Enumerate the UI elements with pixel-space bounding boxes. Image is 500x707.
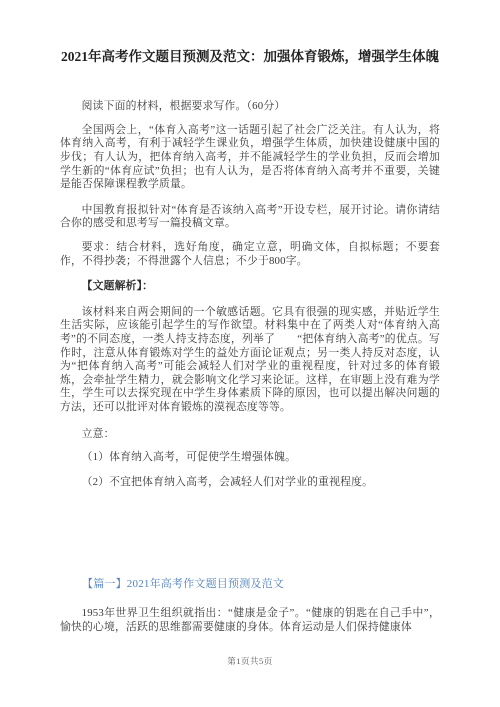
prompt-material-paragraph: 全国两会上，“体育入高考”这一话题引起了社会广泛关注。有人认为，将体育纳入高考，… (60, 124, 440, 192)
prompt-requirements-paragraph: 要求：结合材料，选好角度，确定立意，明确文体，自拟标题；不要套作，不得抄袭；不得… (60, 241, 440, 268)
document-page: 2021年高考作文题目预测及范文：加强体育锻炼，增强学生体魄 阅读下面的材料，根… (0, 0, 500, 707)
prompt-intro-paragraph: 阅读下面的材料，根据要求写作。（60分） (60, 100, 440, 114)
stance-item-1: （1）体育纳入高考，可促使学生增强体魄。 (60, 451, 440, 465)
stance-label: 立意： (60, 428, 440, 442)
stance-item-2: （2）不宜把体育纳入高考，会减轻人们对学业的重视程度。 (60, 476, 440, 490)
prompt-task-paragraph: 中国教育报拟针对“体育是否该纳入高考”开设专栏，展开讨论。请你请结合你的感受和思… (60, 204, 440, 231)
document-title: 2021年高考作文题目预测及范文：加强体育锻炼，增强学生体魄 (60, 48, 440, 66)
essay-body-paragraph: 1953年世界卫生组织就指出：“健康是金子”。“健康的钥匙在自己手中”，愉快的心… (60, 607, 440, 634)
analysis-heading: 【文题解析】： (60, 280, 440, 294)
document-content: 2021年高考作文题目预测及范文：加强体育锻炼，增强学生体魄 阅读下面的材料，根… (0, 0, 500, 634)
analysis-body-paragraph: 该材料来自两会期间的一个敏感话题。它具有很强的现实感，并贴近学生生活实际，应该能… (60, 306, 440, 415)
section-one-heading: 【篇一】2021年高考作文题目预测及范文 (60, 577, 440, 591)
page-number-footer: 第1页共5页 (0, 655, 500, 667)
